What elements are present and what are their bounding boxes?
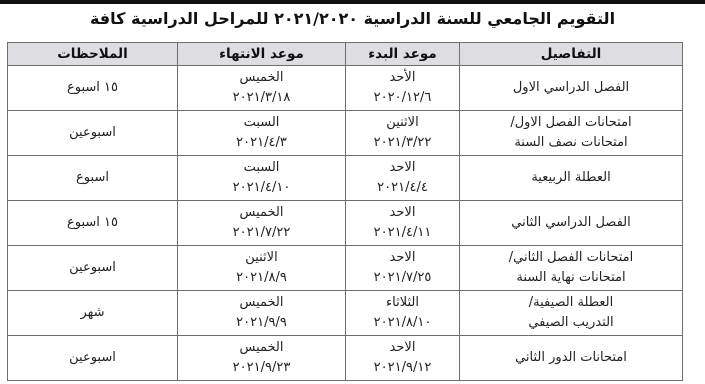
cell-notes: اسبوعين (8, 336, 178, 381)
header-end-date: موعد الانتهاء (178, 43, 346, 66)
start-date: ٢٠٢١/٤/٤ (350, 178, 455, 198)
table-row: امتحانات الفصل الثاني/امتحانات نهاية الس… (8, 246, 683, 291)
cell-start: الأحد٢٠٢٠/١٢/٦ (346, 66, 460, 111)
cell-start: الاثنين٢٠٢١/٣/٢٢ (346, 111, 460, 156)
end-day: الخميس (182, 293, 341, 313)
start-day: الاثنين (350, 113, 455, 133)
start-date: ٢٠٢٠/١٢/٦ (350, 88, 455, 108)
header-details: التفاصيل (460, 43, 683, 66)
cell-details: امتحانات الدور الثاني (460, 336, 683, 381)
start-day: الثلاثاء (350, 293, 455, 313)
cell-details: الفصل الدراسي الثاني (460, 201, 683, 246)
start-date: ٢٠٢١/٩/١٢ (350, 358, 455, 378)
start-day: الاحد (350, 203, 455, 223)
end-date: ٢٠٢١/٩/٩ (182, 313, 341, 333)
header-start-date: موعد البدء (346, 43, 460, 66)
cell-details: امتحانات الفصل الثاني/امتحانات نهاية الس… (460, 246, 683, 291)
cell-notes: ١٥ اسبوع (8, 201, 178, 246)
table-row: الفصل الدراسي الاول الأحد٢٠٢٠/١٢/٦ الخمي… (8, 66, 683, 111)
start-day: الأحد (350, 68, 455, 88)
end-date: ٢٠٢١/٤/٣ (182, 133, 341, 153)
page-title: التقويم الجامعي للسنة الدراسية ٢٠٢١/٢٠٢٠… (0, 6, 705, 32)
start-day: الاحد (350, 248, 455, 268)
end-day: السبت (182, 158, 341, 178)
cell-end: السبت٢٠٢١/٤/١٠ (178, 156, 346, 201)
cell-end: الخميس٢٠٢١/٣/١٨ (178, 66, 346, 111)
academic-calendar-table: التفاصيل موعد البدء موعد الانتهاء الملاح… (7, 42, 683, 381)
end-date: ٢٠٢١/٣/١٨ (182, 88, 341, 108)
start-date: ٢٠٢١/٤/١١ (350, 223, 455, 243)
table-row: الفصل الدراسي الثاني الاحد٢٠٢١/٤/١١ الخم… (8, 201, 683, 246)
cell-end: الخميس٢٠٢١/٩/٩ (178, 291, 346, 336)
end-date: ٢٠٢١/٩/٢٣ (182, 358, 341, 378)
cell-details: الفصل الدراسي الاول (460, 66, 683, 111)
cell-details: العطلة الصيفية/التدريب الصيفي (460, 291, 683, 336)
end-day: السبت (182, 113, 341, 133)
cell-end: الاثنين٢٠٢١/٨/٩ (178, 246, 346, 291)
start-date: ٢٠٢١/٧/٢٥ (350, 268, 455, 288)
cell-notes: اسبوعين (8, 246, 178, 291)
end-day: الخميس (182, 338, 341, 358)
table-header-row: التفاصيل موعد البدء موعد الانتهاء الملاح… (8, 43, 683, 66)
table-row: العطلة الربيعية الاحد٢٠٢١/٤/٤ السبت٢٠٢١/… (8, 156, 683, 201)
cell-end: السبت٢٠٢١/٤/٣ (178, 111, 346, 156)
cell-end: الخميس٢٠٢١/٩/٢٣ (178, 336, 346, 381)
start-date: ٢٠٢١/٣/٢٢ (350, 133, 455, 153)
table-row: امتحانات الدور الثاني الاحد٢٠٢١/٩/١٢ الخ… (8, 336, 683, 381)
end-date: ٢٠٢١/٤/١٠ (182, 178, 341, 198)
start-date: ٢٠٢١/٨/١٠ (350, 313, 455, 333)
cell-start: الاحد٢٠٢١/٤/١١ (346, 201, 460, 246)
end-day: الخميس (182, 203, 341, 223)
end-date: ٢٠٢١/٨/٩ (182, 268, 341, 288)
cell-notes: اسبوعين (8, 111, 178, 156)
cell-start: الاحد٢٠٢١/٩/١٢ (346, 336, 460, 381)
end-date: ٢٠٢١/٧/٢٢ (182, 223, 341, 243)
cell-start: الثلاثاء٢٠٢١/٨/١٠ (346, 291, 460, 336)
cell-notes: ١٥ اسبوع (8, 66, 178, 111)
start-day: الاحد (350, 158, 455, 178)
cell-end: الخميس٢٠٢١/٧/٢٢ (178, 201, 346, 246)
table-row: العطلة الصيفية/التدريب الصيفي الثلاثاء٢٠… (8, 291, 683, 336)
cell-notes: اسبوع (8, 156, 178, 201)
start-day: الاحد (350, 338, 455, 358)
cell-details: امتحانات الفصل الاول/امتحانات نصف السنة (460, 111, 683, 156)
top-border-bar (0, 0, 705, 4)
header-notes: الملاحظات (8, 43, 178, 66)
cell-notes: شهر (8, 291, 178, 336)
end-day: الاثنين (182, 248, 341, 268)
cell-start: الاحد٢٠٢١/٧/٢٥ (346, 246, 460, 291)
table-row: امتحانات الفصل الاول/امتحانات نصف السنة … (8, 111, 683, 156)
end-day: الخميس (182, 68, 341, 88)
cell-start: الاحد٢٠٢١/٤/٤ (346, 156, 460, 201)
cell-details: العطلة الربيعية (460, 156, 683, 201)
